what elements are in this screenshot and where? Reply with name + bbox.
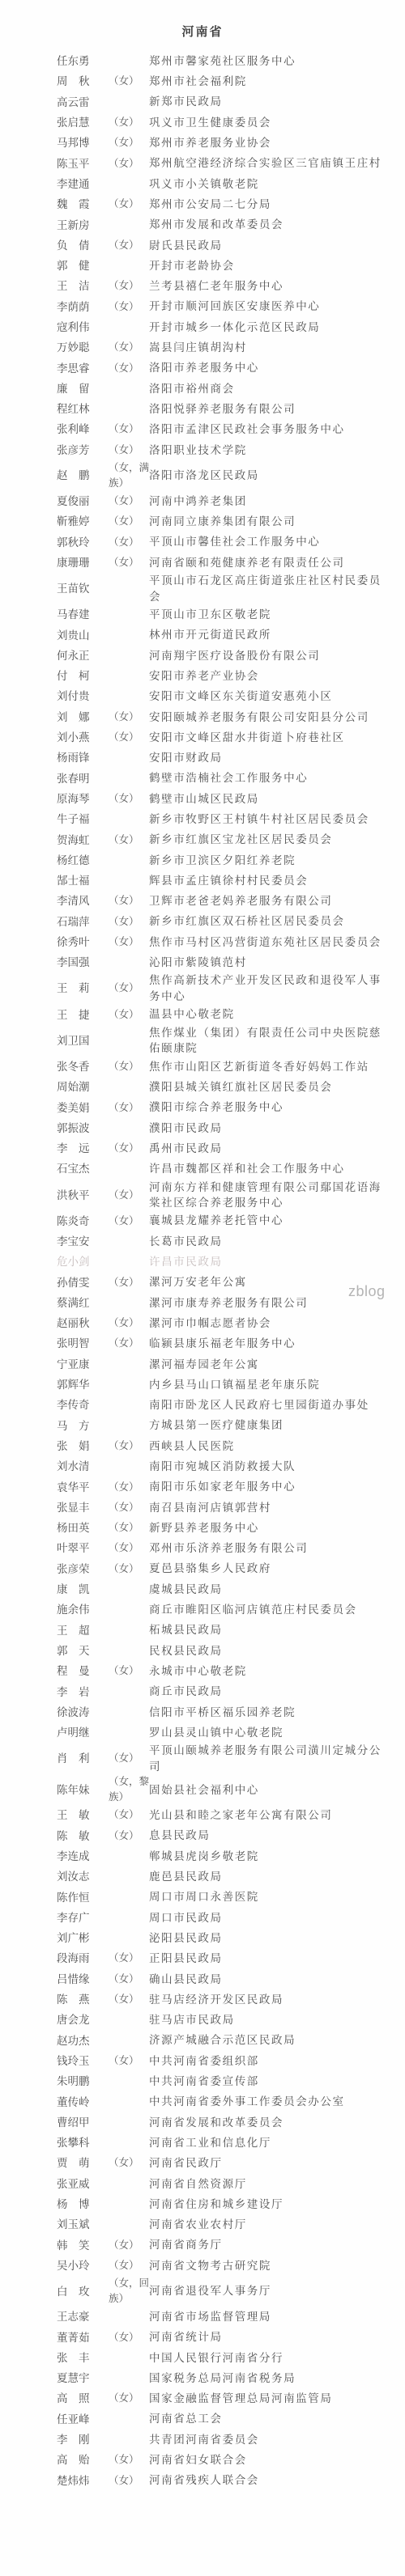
list-item: 张显丰 （女） 南召县南河店镇郭营村	[57, 1498, 405, 1518]
organization-name: 安阳市文峰区东关街道安惠苑小区	[149, 688, 386, 705]
person-name: 徐秀叶	[57, 934, 107, 950]
gender-ethnicity-label: （女）	[107, 833, 149, 848]
person-name: 王 洁	[57, 278, 107, 294]
list-item: 白 玫 （女，回族） 河南省退役军人事务厅	[57, 2276, 405, 2307]
person-name: 郭辉华	[57, 1377, 107, 1392]
gender-ethnicity-label: （女）	[107, 981, 149, 996]
list-item: 刘付贵 安阳市文峰区东关街道安惠苑小区	[57, 686, 405, 706]
person-name: 赵丽秋	[57, 1316, 107, 1331]
person-name: 刘水清	[57, 1459, 107, 1474]
gender-ethnicity-label: （女）	[107, 156, 149, 172]
organization-name: 鹤壁市浩楠社会工作服务中心	[149, 770, 386, 786]
person-name: 危小剑	[57, 1254, 107, 1269]
person-name: 吕惜缘	[57, 1972, 107, 1987]
list-item: 吕惜缘 （女） 确山县民政局	[57, 1969, 405, 1989]
list-item: 康 凯 虞城县民政局	[57, 1579, 405, 1599]
list-item: 段海雨 （女） 正阳县民政局	[57, 1948, 405, 1968]
gender-ethnicity-label: （女）	[107, 1520, 149, 1536]
person-name: 董菁茹	[57, 2330, 107, 2345]
person-name: 李 岩	[57, 1684, 107, 1700]
list-item: 洪秋平 （女） 河南东方祥和健康管理有限公司鄢国花语海棠社区综合养老服务中心	[57, 1180, 405, 1211]
organization-name: 河南省文物考古研究院	[149, 2258, 386, 2274]
gender-ethnicity-label: （女）	[107, 299, 149, 315]
list-item: 李存广 周口市民政局	[57, 1908, 405, 1928]
person-name: 刘小燕	[57, 730, 107, 745]
list-item: 魏 霞 （女） 郑州市公安局二七分局	[57, 194, 405, 214]
list-item: 程 曼 （女） 永城市中心敬老院	[57, 1661, 405, 1681]
list-item: 李思睿 （女） 洛阳市养老服务中心	[57, 358, 405, 378]
person-name: 楚炜炜	[57, 2473, 107, 2489]
person-name: 郭秋玲	[57, 535, 107, 550]
organization-name: 洛阳职业技术学院	[149, 443, 386, 459]
organization-name: 鹤壁市山城区民政局	[149, 791, 386, 807]
gender-ethnicity-label: （女）	[107, 934, 149, 950]
organization-name: 中国人民银行河南省分行	[149, 2350, 386, 2366]
person-name: 孙倩雯	[57, 1275, 107, 1290]
organization-name: 河南省商务厅	[149, 2237, 386, 2253]
person-name: 程红林	[57, 401, 107, 417]
person-name: 刘广彬	[57, 1930, 107, 1946]
list-item: 杨雨锋 安阳市财政局	[57, 748, 405, 768]
list-item: 李国强 沁阳市紫陵镇范村	[57, 952, 405, 972]
gender-ethnicity-label: （女）	[107, 2452, 149, 2468]
list-item: 夏慧宇 国家税务总局河南省税务局	[57, 2368, 405, 2388]
person-name: 张利峰	[57, 422, 107, 437]
person-name: 王苗钦	[57, 581, 107, 596]
organization-name: 平顶山市石龙区高庄街道张庄社区村民委员会	[149, 573, 386, 604]
person-name: 张春明	[57, 771, 107, 786]
organization-name: 河南省自然资源厅	[149, 2176, 386, 2193]
organization-name: 沁阳市紫陵镇范村	[149, 955, 386, 971]
list-item: 周始潮 濮阳县城关镇红旗社区居民委员会	[57, 1077, 405, 1097]
list-item: 高云雷 新郑市民政局	[57, 92, 405, 112]
list-item: 刘广彬 泌阳县民政局	[57, 1928, 405, 1948]
list-item: 娄美娟 （女） 濮阳市综合养老服务中心	[57, 1097, 405, 1117]
person-name: 王 莉	[57, 981, 107, 996]
organization-name: 河南省农业农村厅	[149, 2217, 386, 2233]
organization-name: 平顶山市馨佳社会工作服务中心	[149, 534, 386, 550]
list-item: 李 岩 商丘市民政局	[57, 1681, 405, 1701]
list-item: 廉 留 洛阳市裕州商会	[57, 379, 405, 399]
person-name: 张启慧	[57, 115, 107, 130]
person-name: 蔡满红	[57, 1295, 107, 1311]
list-item: 付 柯 安阳市养老产业协会	[57, 666, 405, 686]
list-item: 郭 健 开封市老龄协会	[57, 256, 405, 276]
organization-name: 襄城县龙耀养老托管中心	[149, 1213, 386, 1229]
person-name: 马邦博	[57, 135, 107, 150]
organization-name: 信阳市平桥区福乐园养老院	[149, 1705, 386, 1721]
gender-ethnicity-label: （女）	[107, 1992, 149, 2007]
gender-ethnicity-label: （女）	[107, 1972, 149, 1987]
person-name: 张彦荣	[57, 1561, 107, 1577]
organization-name: 国家金融监督管理总局河南监管局	[149, 2391, 386, 2407]
list-item: 刘汝志 鹿邑县民政局	[57, 1866, 405, 1887]
list-item: 任东勇 郑州市馨家苑社区服务中心	[57, 51, 405, 71]
gender-ethnicity-label: （女）	[107, 1828, 149, 1844]
organization-name: 中共河南省委宣传部	[149, 2074, 386, 2090]
organization-name: 许昌市民政局	[149, 1254, 386, 1270]
organization-name: 内乡县马山口镇福星老年康乐院	[149, 1377, 386, 1393]
organization-name: 洛阳市裕州商会	[149, 381, 386, 397]
organization-name: 焦作市马村区冯营街道东苑社区居民委员会	[149, 934, 386, 951]
list-item: 寇利伟 开封市城乡一体化示范区民政局	[57, 317, 405, 337]
person-name: 徐波涛	[57, 1705, 107, 1720]
gender-ethnicity-label: （女）	[107, 1059, 149, 1074]
list-item: 陈 敏 （女） 息县民政局	[57, 1826, 405, 1846]
gender-ethnicity-label: （女）	[107, 135, 149, 150]
list-item: 杨田英 （女） 新野县养老服务中心	[57, 1518, 405, 1538]
list-item: 李建通 巩义市小关镇敬老院	[57, 174, 405, 194]
list-item: 张明智 （女） 临颍县康乐福老年服务中心	[57, 1333, 405, 1354]
organization-name: 郸城县虎岗乡敬老院	[149, 1849, 386, 1865]
organization-name: 嵩县闫庄镇胡沟村	[149, 340, 386, 356]
person-name: 程 曼	[57, 1663, 107, 1679]
person-name: 袁华平	[57, 1480, 107, 1495]
organization-name: 濮阳市民政局	[149, 1121, 386, 1137]
list-item: 贺海虹 （女） 新乡市红旗区宝龙社区居民委员会	[57, 829, 405, 849]
list-item: 程红林 洛阳悦驿养老服务有限公司	[57, 399, 405, 419]
person-name: 王 捷	[57, 1007, 107, 1023]
person-name: 曹绍甲	[57, 2115, 107, 2130]
organization-name: 周口市周口永善医院	[149, 1889, 386, 1905]
organization-name: 共青团河南省委员会	[149, 2432, 386, 2448]
person-name: 董传岭	[57, 2095, 107, 2110]
person-name: 石宝杰	[57, 1161, 107, 1176]
list-item: 李 远 （女） 禹州市民政局	[57, 1138, 405, 1159]
person-name: 康 凯	[57, 1582, 107, 1597]
list-item: 袁华平 （女） 南阳市乐如家老年服务中心	[57, 1477, 405, 1497]
list-item: 叶翠平 （女） 邓州市乐济养老服务有限公司	[57, 1538, 405, 1558]
award-list: 任东勇 郑州市馨家苑社区服务中心 周 秋 （女） 郑州市社会福利院 高云雷 新郑…	[0, 48, 405, 2491]
gender-ethnicity-label: （女）	[107, 2330, 149, 2345]
organization-name: 兰考县禧仁老年服务中心	[149, 278, 386, 294]
list-item: 董菁茹 （女） 河南省统计局	[57, 2327, 405, 2347]
person-name: 石瑞萍	[57, 914, 107, 930]
list-item: 李宝安 长葛市民政局	[57, 1231, 405, 1252]
gender-ethnicity-label: （女）	[107, 1951, 149, 1966]
organization-name: 长葛市民政局	[149, 1234, 386, 1250]
list-item: 吴小玲 （女） 河南省文物考古研究院	[57, 2256, 405, 2276]
gender-ethnicity-label: （女）	[107, 893, 149, 909]
list-item: 危小剑 许昌市民政局	[57, 1252, 405, 1272]
organization-name: 河南同立康养集团有限公司	[149, 514, 386, 530]
person-name: 刘 娜	[57, 710, 107, 725]
organization-name: 漯河福寿园老年公寓	[149, 1357, 386, 1373]
list-item: 肖 利 （女） 平顶山颐城养老服务有限公司潢川定城分公司	[57, 1743, 405, 1774]
organization-name: 濮阳市综合养老服务中心	[149, 1099, 386, 1116]
list-item: 郭秋玲 （女） 平顶山市馨佳社会工作服务中心	[57, 532, 405, 553]
organization-name: 驻马店经济开发区民政局	[149, 1992, 386, 2008]
list-item: 万妙聪 （女） 嵩县闫庄镇胡沟村	[57, 337, 405, 358]
organization-name: 新乡市卫滨区夕阳红养老院	[149, 853, 386, 869]
person-name: 李国强	[57, 955, 107, 970]
gender-ethnicity-label: （女）	[107, 730, 149, 745]
list-item: 刘小燕 （女） 安阳市文峰区甜水井街道卜府巷社区	[57, 727, 405, 748]
organization-name: 新乡市牧野区王村镇牛村社区居民委员会	[149, 811, 386, 828]
organization-name: 河南翔宇医疗设备股份有限公司	[149, 648, 386, 664]
organization-name: 洛阳市洛龙区民政局	[149, 468, 386, 484]
list-item: 张亚威 河南省自然资源厅	[57, 2174, 405, 2194]
person-name: 刘付贵	[57, 688, 107, 704]
gender-ethnicity-label: （女）	[107, 1480, 149, 1495]
person-name: 宁亚康	[57, 1357, 107, 1372]
person-name: 洪秋平	[57, 1188, 107, 1203]
gender-ethnicity-label: （女）	[107, 791, 149, 807]
list-item: 康珊珊 （女） 河南省颐和苑健康养老有限责任公司	[57, 553, 405, 573]
list-item: 王 捷 （女） 温县中心敬老院	[57, 1004, 405, 1024]
gender-ethnicity-label: （女）	[107, 1275, 149, 1290]
person-name: 靳雅婷	[57, 514, 107, 529]
organization-name: 商丘市民政局	[149, 1684, 386, 1700]
person-name: 高 照	[57, 2391, 107, 2406]
list-item: 陈 燕 （女） 驻马店经济开发区民政局	[57, 1989, 405, 2010]
person-name: 负 倩	[57, 238, 107, 253]
organization-name: 河南省统计局	[149, 2329, 386, 2345]
organization-name: 光山县和睦之家老年公寓有限公司	[149, 1807, 386, 1824]
gender-ethnicity-label: （女）	[107, 197, 149, 212]
person-name: 郭 健	[57, 258, 107, 273]
list-item: 郭 天 民权县民政局	[57, 1641, 405, 1661]
gender-ethnicity-label: （女）	[107, 514, 149, 529]
list-item: 李清风 （女） 卫辉市老爸老妈养老服务有限公司	[57, 891, 405, 911]
person-name: 李 刚	[57, 2432, 107, 2447]
list-item: 王志豪 河南省市场监督管理局	[57, 2307, 405, 2327]
person-name: 刘玉斌	[57, 2217, 107, 2232]
person-name: 李 远	[57, 1141, 107, 1156]
person-name: 王新房	[57, 218, 107, 233]
gender-ethnicity-label: （女）	[107, 1561, 149, 1577]
person-name: 李连成	[57, 1849, 107, 1864]
organization-name: 巩义市小关镇敬老院	[149, 176, 386, 193]
person-name: 李宝安	[57, 1234, 107, 1249]
person-name: 王志豪	[57, 2309, 107, 2324]
gender-ethnicity-label: （女）	[107, 422, 149, 437]
organization-name: 新郑市民政局	[149, 94, 386, 110]
organization-name: 郑州市发展和改革委员会	[149, 217, 386, 233]
person-name: 杨田英	[57, 1520, 107, 1536]
person-name: 魏 霞	[57, 197, 107, 212]
person-name: 张明智	[57, 1336, 107, 1351]
organization-name: 开封市顺河回族区安康医养中心	[149, 299, 386, 315]
person-name: 张彦芳	[57, 443, 107, 458]
gender-ethnicity-label: （女）	[107, 74, 149, 89]
organization-name: 安阳市养老产业协会	[149, 668, 386, 684]
list-item: 陈作恒 周口市周口永善医院	[57, 1887, 405, 1907]
person-name: 夏慧宇	[57, 2371, 107, 2386]
list-item: 张 娟 （女） 西峡县人民医院	[57, 1436, 405, 1456]
organization-name: 新乡市红旗区双石桥社区居民委员会	[149, 913, 386, 930]
person-name: 寇利伟	[57, 320, 107, 335]
gender-ethnicity-label: （女）	[107, 443, 149, 458]
gender-ethnicity-label: （女）	[107, 1214, 149, 1229]
organization-name: 夏邑县骆集乡人民政府	[149, 1561, 386, 1577]
person-name: 马 方	[57, 1418, 107, 1434]
organization-name: 河南省住房和城乡建设厅	[149, 2197, 386, 2213]
gender-ethnicity-label: （女）	[107, 340, 149, 355]
gender-ethnicity-label: （女）	[107, 1336, 149, 1351]
person-name: 施余伟	[57, 1602, 107, 1617]
list-item: 高 贻 （女） 河南省妇女联合会	[57, 2450, 405, 2470]
person-name: 唐会龙	[57, 2012, 107, 2027]
person-name: 王 敏	[57, 1807, 107, 1823]
gender-ethnicity-label: （女）	[107, 1540, 149, 1556]
list-item: 任亚峰 河南省总工会	[57, 2409, 405, 2430]
person-name: 李思睿	[57, 361, 107, 376]
gender-ethnicity-label: （女，黎族）	[107, 1774, 149, 1805]
list-item: 马 方 方城县第一医疗健康集团	[57, 1416, 405, 1436]
gender-ethnicity-label: （女）	[107, 2053, 149, 2069]
person-name: 张 丰	[57, 2350, 107, 2366]
person-name: 朱明鹏	[57, 2074, 107, 2089]
organization-name: 息县民政局	[149, 1828, 386, 1844]
person-name: 廉 留	[57, 381, 107, 396]
list-item: 刘贵山 林州市开元街道民政所	[57, 625, 405, 645]
person-name: 段海雨	[57, 1951, 107, 1966]
list-item: 钱玲玉 （女） 中共河南省委组织部	[57, 2051, 405, 2071]
gender-ethnicity-label: （女）	[107, 1141, 149, 1156]
person-name: 李传奇	[57, 1397, 107, 1413]
person-name: 贺海虹	[57, 833, 107, 848]
person-name: 周始潮	[57, 1079, 107, 1095]
person-name: 何永正	[57, 648, 107, 663]
person-name: 叶翠平	[57, 1540, 107, 1556]
list-item: 原海琴 （女） 鹤壁市山城区民政局	[57, 789, 405, 809]
organization-name: 温县中心敬老院	[149, 1006, 386, 1023]
list-item: 唐会龙 驻马店市民政局	[57, 2010, 405, 2030]
gender-ethnicity-label: （女）	[107, 278, 149, 294]
organization-name: 南阳市宛城区消防救援大队	[149, 1459, 386, 1475]
list-item: 李连成 郸城县虎岗乡敬老院	[57, 1846, 405, 1866]
person-name: 娄美娟	[57, 1100, 107, 1116]
gender-ethnicity-label: （女）	[107, 535, 149, 550]
organization-name: 罗山县灵山镇中心敬老院	[149, 1725, 386, 1741]
gender-ethnicity-label: （女）	[107, 2155, 149, 2171]
organization-name: 河南省残疾人联合会	[149, 2472, 386, 2489]
gender-ethnicity-label: （女）	[107, 710, 149, 725]
gender-ethnicity-label: （女）	[107, 361, 149, 376]
gender-ethnicity-label: （女）	[107, 2473, 149, 2489]
organization-name: 巩义市卫生健康委员会	[149, 115, 386, 131]
person-name: 郭振波	[57, 1121, 107, 1136]
person-name: 张 娟	[57, 1438, 107, 1454]
organization-name: 开封市老龄协会	[149, 258, 386, 274]
list-item: 张攀科 河南省工业和信息化厅	[57, 2133, 405, 2153]
organization-name: 许昌市魏都区祥和社会工作服务中心	[149, 1161, 386, 1177]
person-name: 郜士福	[57, 873, 107, 888]
organization-name: 安阳市财政局	[149, 750, 386, 766]
gender-ethnicity-label: （女）	[107, 1100, 149, 1116]
gender-ethnicity-label: （女）	[107, 1188, 149, 1203]
person-name: 韩 笑	[57, 2238, 107, 2253]
organization-name: 河南省颐和苑健康养老有限责任公司	[149, 555, 386, 571]
list-item: 靳雅婷 （女） 河南同立康养集团有限公司	[57, 511, 405, 532]
list-item: 何永正 河南翔宇医疗设备股份有限公司	[57, 646, 405, 666]
list-item: 王苗钦 平顶山市石龙区高庄街道张庄社区村民委员会	[57, 573, 405, 604]
organization-name: 临颍县康乐福老年服务中心	[149, 1336, 386, 1352]
organization-name: 新野县养老服务中心	[149, 1520, 386, 1536]
organization-name: 洛阳市养老服务中心	[149, 360, 386, 376]
list-item: 赵功杰 济源产城融合示范区民政局	[57, 2031, 405, 2051]
gender-ethnicity-label: （女）	[107, 1751, 149, 1766]
organization-name: 周口市民政局	[149, 1910, 386, 1926]
person-name: 康珊珊	[57, 555, 107, 570]
organization-name: 柘城县民政局	[149, 1622, 386, 1638]
organization-name: 郑州市公安局二七分局	[149, 197, 386, 213]
list-item: 张春明 鹤壁市浩楠社会工作服务中心	[57, 769, 405, 789]
organization-name: 南阳市乐如家老年服务中心	[149, 1479, 386, 1495]
organization-name: 河南省妇女联合会	[149, 2452, 386, 2468]
organization-name: 郑州市社会福利院	[149, 74, 386, 90]
organization-name: 安阳市文峰区甜水井街道卜府巷社区	[149, 730, 386, 746]
organization-name: 中共河南省委外事工作委员会办公室	[149, 2094, 386, 2110]
organization-name: 永城市中心敬老院	[149, 1663, 386, 1680]
person-name: 陈年妹	[57, 1782, 107, 1798]
list-item: 刘卫国 焦作煤业（集团）有限责任公司中央医院慈佑颐康院	[57, 1025, 405, 1057]
list-item: 李荫荫 （女） 开封市顺河回族区安康医养中心	[57, 297, 405, 317]
person-name: 张亚威	[57, 2176, 107, 2192]
person-name: 李荫荫	[57, 299, 107, 315]
organization-name: 濮阳县城关镇红旗社区居民委员会	[149, 1079, 386, 1095]
list-item: 张彦芳 （女） 洛阳职业技术学院	[57, 440, 405, 460]
organization-name: 河南中鸿养老集团	[149, 494, 386, 510]
organization-name: 新乡市红旗区宝龙社区居民委员会	[149, 832, 386, 848]
organization-name: 禹州市民政局	[149, 1141, 386, 1157]
list-item: 马春建 平顶山市卫东区敬老院	[57, 604, 405, 625]
organization-name: 河南东方祥和健康管理有限公司鄢国花语海棠社区综合养老服务中心	[149, 1180, 386, 1211]
list-item: 刘水清 南阳市宛城区消防救援大队	[57, 1456, 405, 1477]
list-item: 石瑞萍 （女） 新乡市红旗区双石桥社区居民委员会	[57, 912, 405, 932]
list-item: 徐波涛 信阳市平桥区福乐园养老院	[57, 1702, 405, 1722]
person-name: 高云雷	[57, 95, 107, 110]
organization-name: 河南省民政厅	[149, 2155, 386, 2171]
list-item: 牛子福 新乡市牧野区王村镇牛村社区居民委员会	[57, 809, 405, 829]
gender-ethnicity-label: （女）	[107, 2391, 149, 2406]
person-name: 任东勇	[57, 53, 107, 69]
list-item: 张利峰 （女） 洛阳市孟津区民政社会事务服务中心	[57, 419, 405, 439]
organization-name: 河南省退役军人事务厅	[149, 2283, 386, 2299]
list-item: 马邦博 （女） 郑州市养老服务业协会	[57, 133, 405, 153]
person-name: 牛子福	[57, 811, 107, 827]
person-name: 陈炎奇	[57, 1214, 107, 1229]
person-name: 李存广	[57, 1910, 107, 1926]
gender-ethnicity-label: （女）	[107, 238, 149, 253]
person-name: 肖 利	[57, 1751, 107, 1766]
organization-name: 河南省工业和信息化厅	[149, 2135, 386, 2151]
list-item: 贾 萌 （女） 河南省民政厅	[57, 2153, 405, 2173]
organization-name: 虞城县民政局	[149, 1582, 386, 1598]
list-item: 楚炜炜 （女） 河南省残疾人联合会	[57, 2470, 405, 2490]
organization-name: 漯河市巾帼志愿者协会	[149, 1316, 386, 1332]
organization-name: 确山县民政局	[149, 1972, 386, 1988]
person-name: 贾 萌	[57, 2155, 107, 2171]
list-item: 张彦荣 （女） 夏邑县骆集乡人民政府	[57, 1559, 405, 1579]
list-item: 董传岭 中共河南省委外事工作委员会办公室	[57, 2091, 405, 2112]
organization-name: 郑州航空港经济综合实验区三官庙镇王庄村	[149, 155, 386, 172]
person-name: 周 秋	[57, 74, 107, 89]
person-name: 张显丰	[57, 1500, 107, 1515]
gender-ethnicity-label: （女）	[107, 1807, 149, 1823]
organization-name: 河南省市场监督管理局	[149, 2309, 386, 2325]
gender-ethnicity-label: （女）	[107, 555, 149, 570]
organization-name: 济源产城融合示范区民政局	[149, 2032, 386, 2049]
list-item: 刘玉斌 河南省农业农村厅	[57, 2214, 405, 2235]
person-name: 万妙聪	[57, 340, 107, 355]
organization-name: 焦作煤业（集团）有限责任公司中央医院慈佑颐康院	[149, 1025, 386, 1057]
organization-name: 商丘市睢阳区临河店镇范庄村民委员会	[149, 1602, 386, 1618]
organization-name: 林州市开元街道民政所	[149, 627, 386, 643]
list-item: 周 秋 （女） 郑州市社会福利院	[57, 71, 405, 91]
list-item: 王 莉 （女） 焦作高新技术产业开发区民政和退役军人事务中心	[57, 972, 405, 1004]
